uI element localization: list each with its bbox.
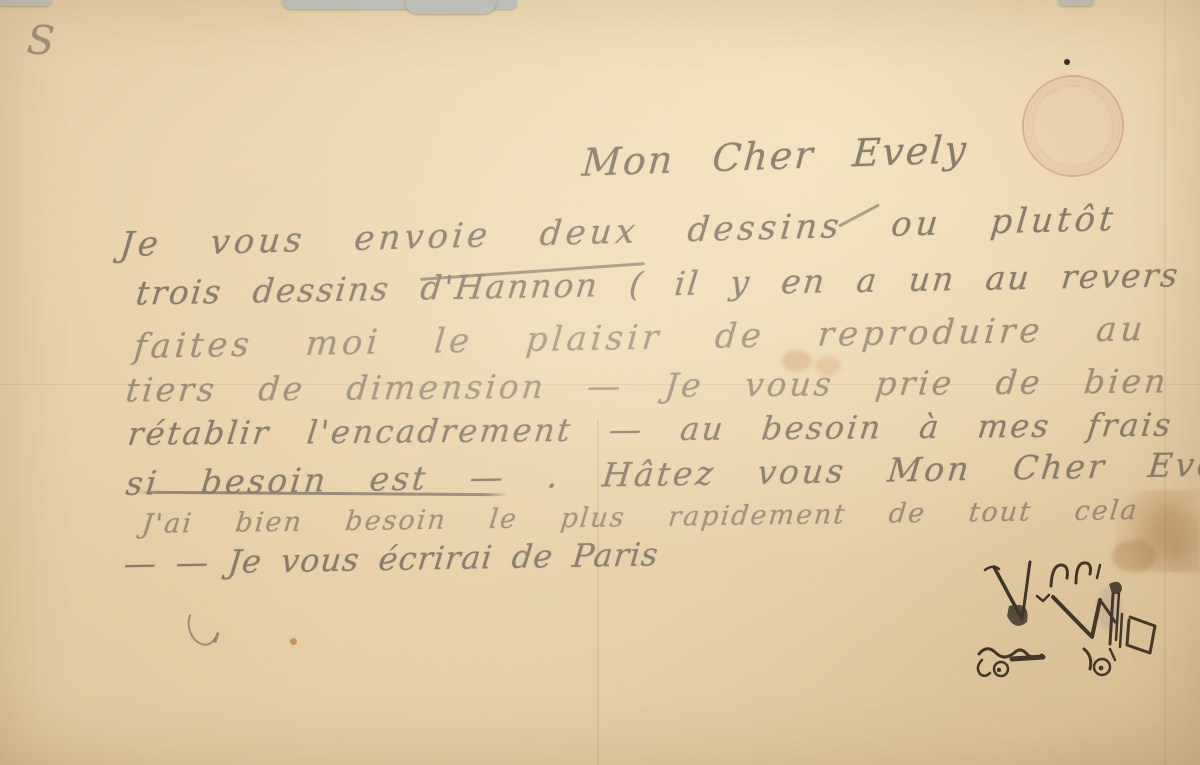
letter-scan: S Mon Cher Evely Je vous envoie deux des… xyxy=(0,0,1200,765)
torn-paper-edge xyxy=(1058,0,1094,6)
body-line-1: Je vous envoie deux dessins ou plutôt xyxy=(118,199,1119,265)
body-line-5: rétablir l'encadrement — au besoin à mes… xyxy=(126,405,1200,453)
body-line-2: trois dessins d'Hannon ( il y en a un au… xyxy=(134,254,1200,312)
body-line-7: J'ai bien besoin le plus rapidement de t… xyxy=(140,495,1140,540)
ink-speck xyxy=(1064,59,1070,65)
torn-paper-edge xyxy=(405,0,497,14)
torn-paper-edge xyxy=(0,0,52,6)
body-line-3: faites moi le plaisir de reproduire au xyxy=(132,309,1148,367)
ink-doodle-sketch xyxy=(963,550,1168,690)
pen-flourish xyxy=(183,603,222,649)
corner-mark: S xyxy=(25,17,56,65)
red-circular-stamp xyxy=(1022,75,1124,177)
body-line-4: tiers de dimension — Je vous prie de bie… xyxy=(124,361,1170,409)
stain-dot xyxy=(290,638,297,645)
body-line-8: — — Je vous écrirai de Paris xyxy=(122,535,661,582)
salutation-line: Mon Cher Evely xyxy=(581,127,970,185)
